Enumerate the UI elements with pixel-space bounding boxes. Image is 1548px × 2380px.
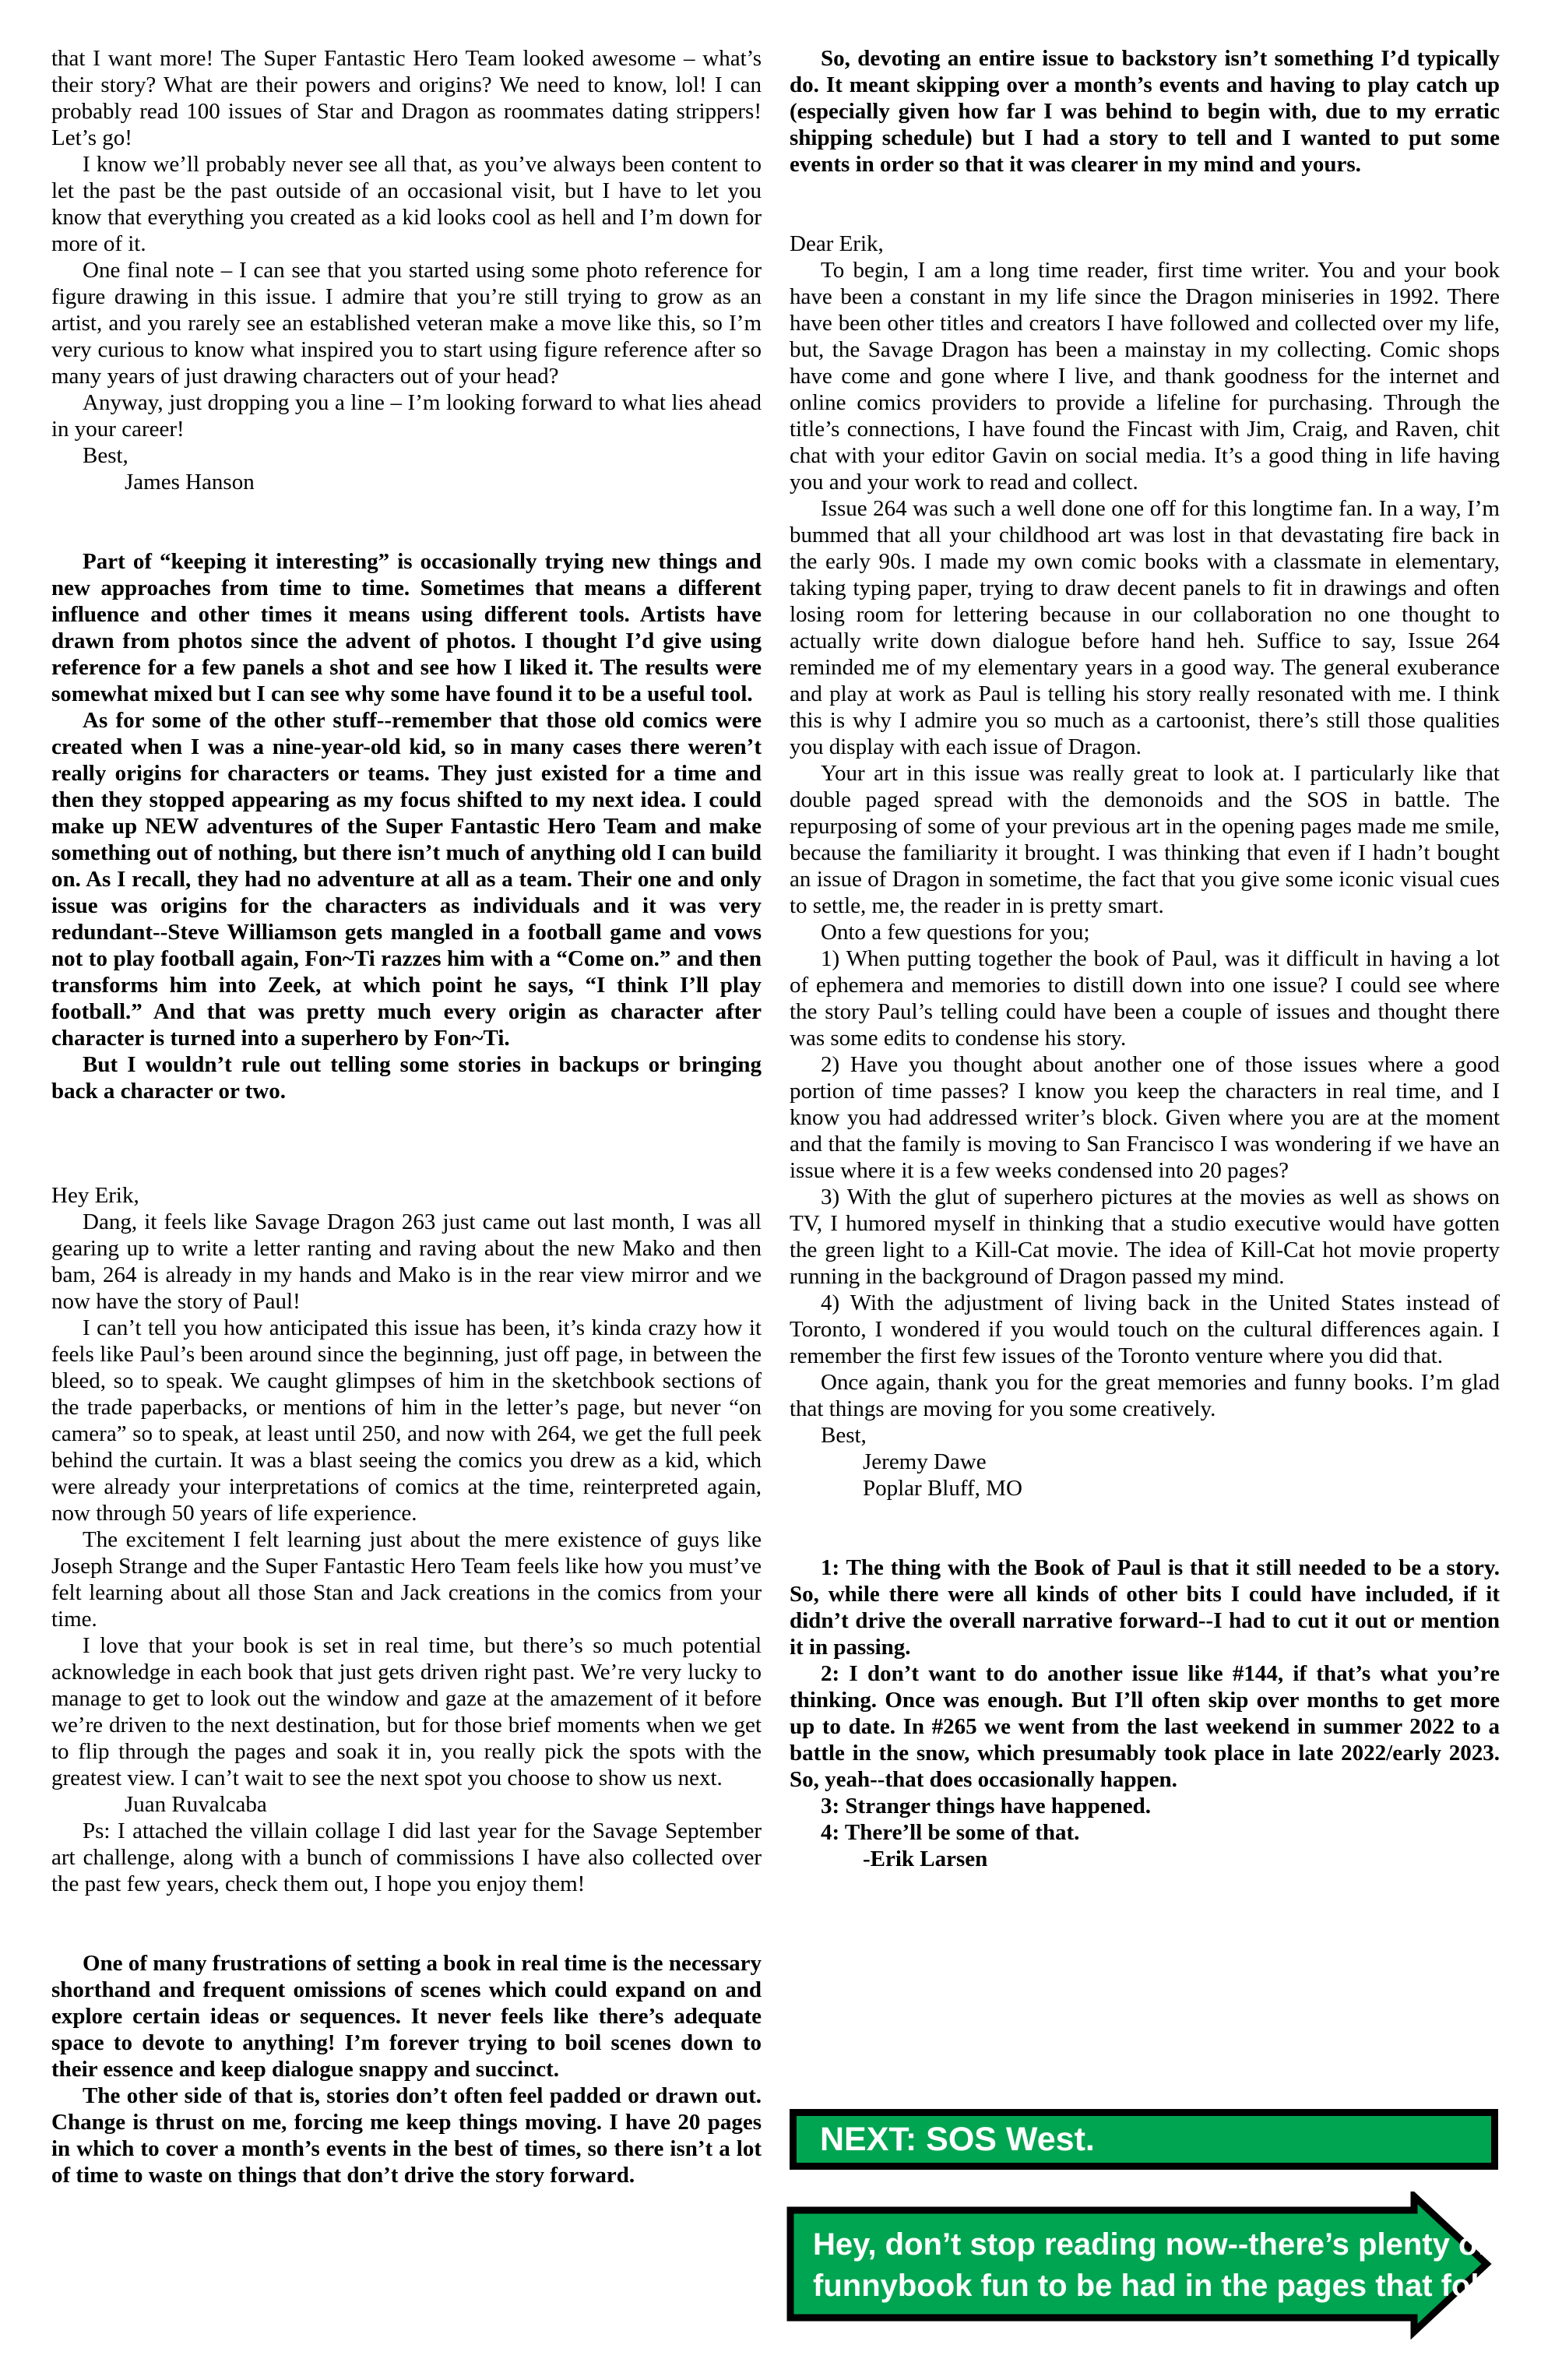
left-column: that I want more! The Super Fantastic He… <box>51 45 762 2188</box>
editor-response-paragraph: 2: I don’t want to do another issue like… <box>790 1660 1500 1793</box>
letter-paragraph: One final note – I can see that you star… <box>51 257 762 389</box>
editor-response-paragraph: As for some of the other stuff--remember… <box>51 707 762 1051</box>
letter-greeting: Hey Erik, <box>51 1182 762 1209</box>
letter-paragraph: I love that your book is set in real tim… <box>51 1632 762 1791</box>
editor-response-paragraph: But I wouldn’t rule out telling some sto… <box>51 1051 762 1104</box>
letter-paragraph: The excitement I felt learning just abou… <box>51 1526 762 1632</box>
letter-paragraph: Onto a few questions for you; <box>790 919 1500 945</box>
letter-paragraph: Your art in this issue was really great … <box>790 760 1500 919</box>
keep-reading-banner-text: Hey, don’t stop reading now--there’s ple… <box>813 2224 1548 2307</box>
editor-signature: -Erik Larsen <box>790 1846 1500 1872</box>
editor-response-paragraph: The other side of that is, stories don’t… <box>51 2082 762 2188</box>
letter-closing: Best, <box>790 1422 1500 1449</box>
letter-paragraph: Once again, thank you for the great memo… <box>790 1369 1500 1422</box>
letter-greeting: Dear Erik, <box>790 231 1500 257</box>
letter-signature: James Hanson <box>51 469 762 495</box>
letter-paragraph: Issue 264 was such a well done one off f… <box>790 495 1500 760</box>
editor-response-paragraph: 3: Stranger things have happened. <box>790 1793 1500 1819</box>
right-column: So, devoting an entire issue to backstor… <box>790 45 1500 1872</box>
editor-response-paragraph: 4: There’ll be some of that. <box>790 1819 1500 1846</box>
keep-reading-banner-line1: Hey, don’t stop reading now--there’s ple… <box>813 2224 1548 2266</box>
letter-paragraph: Dang, it feels like Savage Dragon 263 ju… <box>51 1209 762 1315</box>
letter-postscript: Ps: I attached the villain collage I did… <box>51 1818 762 1897</box>
letter-paragraph: that I want more! The Super Fantastic He… <box>51 45 762 151</box>
letter-signature-location: Poplar Bluff, MO <box>790 1475 1500 1502</box>
letter-paragraph: To begin, I am a long time reader, first… <box>790 257 1500 495</box>
letter-question: 1) When putting together the book of Pau… <box>790 945 1500 1051</box>
letters-page: that I want more! The Super Fantastic He… <box>0 0 1548 2380</box>
letter-paragraph: I can’t tell you how anticipated this is… <box>51 1315 762 1526</box>
letter-signature: Jeremy Dawe <box>790 1449 1500 1475</box>
editor-response-paragraph: One of many frustrations of setting a bo… <box>51 1950 762 2082</box>
keep-reading-banner-line2: funnybook fun to be had in the pages tha… <box>813 2266 1548 2307</box>
letter-question: 2) Have you thought about another one of… <box>790 1051 1500 1184</box>
editor-response-paragraph: So, devoting an entire issue to backstor… <box>790 45 1500 178</box>
keep-reading-arrow-banner: Hey, don’t stop reading now--there’s ple… <box>786 2192 1498 2340</box>
letter-paragraph: I know we’ll probably never see all that… <box>51 151 762 257</box>
letter-question: 4) With the adjustment of living back in… <box>790 1290 1500 1369</box>
editor-response-paragraph: Part of “keeping it interesting” is occa… <box>51 548 762 707</box>
next-issue-banner-label: NEXT: SOS West. <box>820 2121 1095 2159</box>
editor-response-paragraph: 1: The thing with the Book of Paul is th… <box>790 1554 1500 1660</box>
letter-closing: Best, <box>51 442 762 469</box>
next-issue-banner: NEXT: SOS West. <box>790 2109 1498 2170</box>
letter-question: 3) With the glut of superhero pictures a… <box>790 1184 1500 1290</box>
letter-signature: Juan Ruvalcaba <box>51 1791 762 1818</box>
letter-paragraph: Anyway, just dropping you a line – I’m l… <box>51 389 762 442</box>
